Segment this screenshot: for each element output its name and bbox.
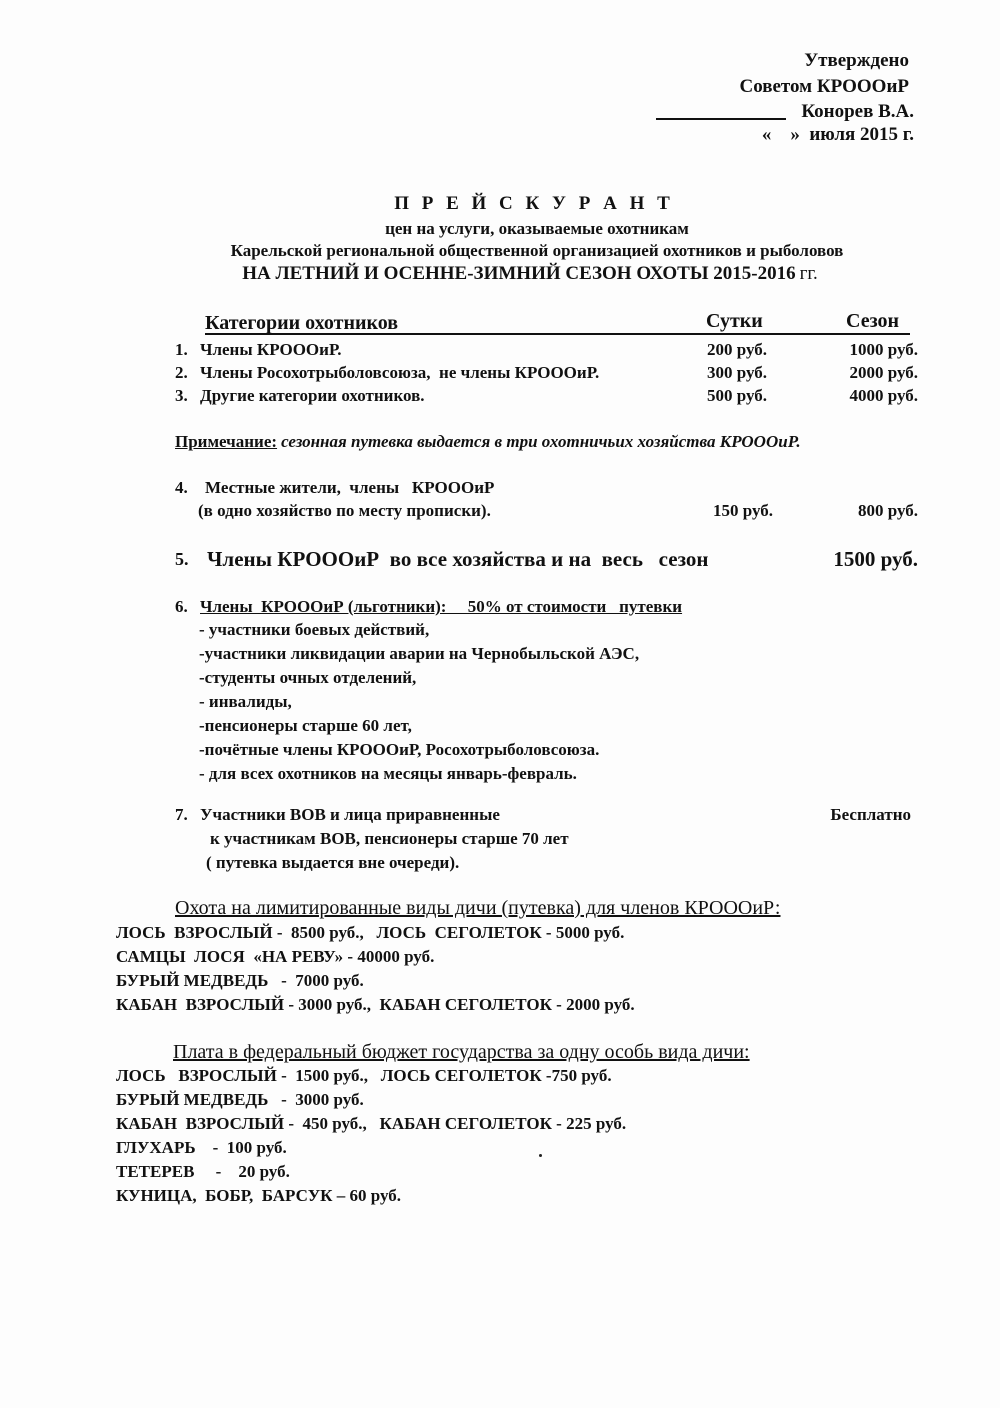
column-header-season: Сезон	[846, 310, 899, 333]
document-page: Утверждено Советом КРОООиР Конорев В.А. …	[0, 0, 1000, 1408]
list-item: -студенты очных отделений,	[199, 668, 416, 688]
document-title: П Р Е Й С К У Р А Н Т	[34, 193, 1000, 215]
list-item: -почётные члены КРОООиР, Росохотрыболовс…	[199, 740, 599, 760]
price-line: ГЛУХАРЬ - 100 руб.	[116, 1138, 287, 1158]
item-text-line2: к участникам ВОВ, пенсионеры старше 70 л…	[210, 829, 569, 849]
column-header-category: Категории охотников	[205, 312, 398, 335]
item-number: 7.	[175, 805, 188, 825]
note: Примечание: сезонная путевка выдается в …	[175, 432, 801, 452]
item-price: 1500 руб.	[833, 547, 918, 572]
list-item: - участники боевых действий,	[199, 620, 429, 640]
item-number: 4.	[175, 478, 188, 498]
row-day-price: 500 руб.	[707, 386, 767, 406]
row-category: Члены Росохотрыболовсоюза, не члены КРОО…	[200, 363, 599, 383]
item-text-line3: ( путевка выдается вне очереди).	[206, 853, 459, 873]
item-price: Бесплатно	[830, 805, 911, 825]
subtitle-season: НА ЛЕТНИЙ И ОСЕННЕ-ЗИМНИЙ СЕЗОН ОХОТЫ 20…	[30, 263, 1000, 285]
price-line: САМЦЫ ЛОСЯ «НА РЕВУ» - 40000 руб.	[116, 947, 434, 967]
price-line: БУРЫЙ МЕДВЕДЬ - 7000 руб.	[116, 971, 364, 991]
price-line: КАБАН ВЗРОСЛЫЙ - 450 руб., КАБАН СЕГОЛЕТ…	[116, 1114, 626, 1134]
approval-council: Советом КРОООиР	[739, 76, 909, 98]
row-category: Члены КРОООиР.	[200, 340, 341, 360]
row-season-price: 1000 руб.	[849, 340, 918, 360]
note-text: сезонная путевка выдается в три охотничь…	[281, 432, 801, 451]
price-line: ТЕТЕРЕВ - 20 руб.	[116, 1162, 290, 1182]
subtitle-services: цен на услуги, оказываемые охотникам	[37, 219, 1000, 239]
scan-speck	[539, 1154, 542, 1157]
price-line: ЛОСЬ ВЗРОСЛЫЙ - 8500 руб., ЛОСЬ СЕГОЛЕТО…	[116, 923, 624, 943]
approval-date: « » июля 2015 г.	[762, 124, 914, 146]
row-category: Другие категории охотников.	[200, 386, 425, 406]
item-text-detail: (в одно хозяйство по месту прописки).	[198, 501, 491, 521]
list-item: - инвалиды,	[199, 692, 292, 712]
price-line: БУРЫЙ МЕДВЕДЬ - 3000 руб.	[116, 1090, 364, 1110]
approval-signer: Конорев В.А.	[801, 101, 914, 123]
item-number: 5.	[175, 549, 189, 570]
row-season-price: 4000 руб.	[849, 386, 918, 406]
signature-line	[656, 118, 786, 120]
item-number: 6.	[175, 597, 188, 617]
row-number: 2.	[175, 363, 188, 383]
item-heading: Члены КРОООиР (льготники): 50% от стоимо…	[200, 597, 682, 617]
note-label: Примечание:	[175, 432, 277, 451]
table-header-rule	[205, 333, 910, 335]
column-header-day: Сутки	[706, 310, 763, 333]
section-title: Охота на лимитированные виды дичи (путев…	[175, 897, 780, 920]
row-day-price: 300 руб.	[707, 363, 767, 383]
item-season-price: 800 руб.	[858, 501, 918, 521]
item-day-price: 150 руб.	[713, 501, 773, 521]
season-suffix: гг.	[800, 263, 818, 284]
item-text: Местные жители, члены КРОООиР	[205, 478, 494, 498]
list-item: -пенсионеры старше 60 лет,	[199, 716, 412, 736]
row-season-price: 2000 руб.	[849, 363, 918, 383]
row-number: 1.	[175, 340, 188, 360]
item-text: Члены КРОООиР во все хозяйства и на весь…	[207, 547, 709, 572]
subtitle-organization: Карельской региональной общественной орг…	[37, 241, 1000, 261]
price-line: КАБАН ВЗРОСЛЫЙ - 3000 руб., КАБАН СЕГОЛЕ…	[116, 995, 635, 1015]
price-line: ЛОСЬ ВЗРОСЛЫЙ - 1500 руб., ЛОСЬ СЕГОЛЕТО…	[116, 1066, 612, 1086]
season-text: НА ЛЕТНИЙ И ОСЕННЕ-ЗИМНИЙ СЕЗОН ОХОТЫ 20…	[242, 263, 795, 284]
list-item: - для всех охотников на месяцы январь-фе…	[199, 764, 577, 784]
section-title: Плата в федеральный бюджет государства з…	[173, 1041, 750, 1064]
price-line: КУНИЦА, БОБР, БАРСУК – 60 руб.	[116, 1186, 401, 1206]
approval-title: Утверждено	[804, 50, 909, 72]
item-text: Участники ВОВ и лица приравненные	[200, 805, 500, 825]
row-number: 3.	[175, 386, 188, 406]
row-day-price: 200 руб.	[707, 340, 767, 360]
list-item: -участники ликвидации аварии на Чернобыл…	[199, 644, 639, 664]
